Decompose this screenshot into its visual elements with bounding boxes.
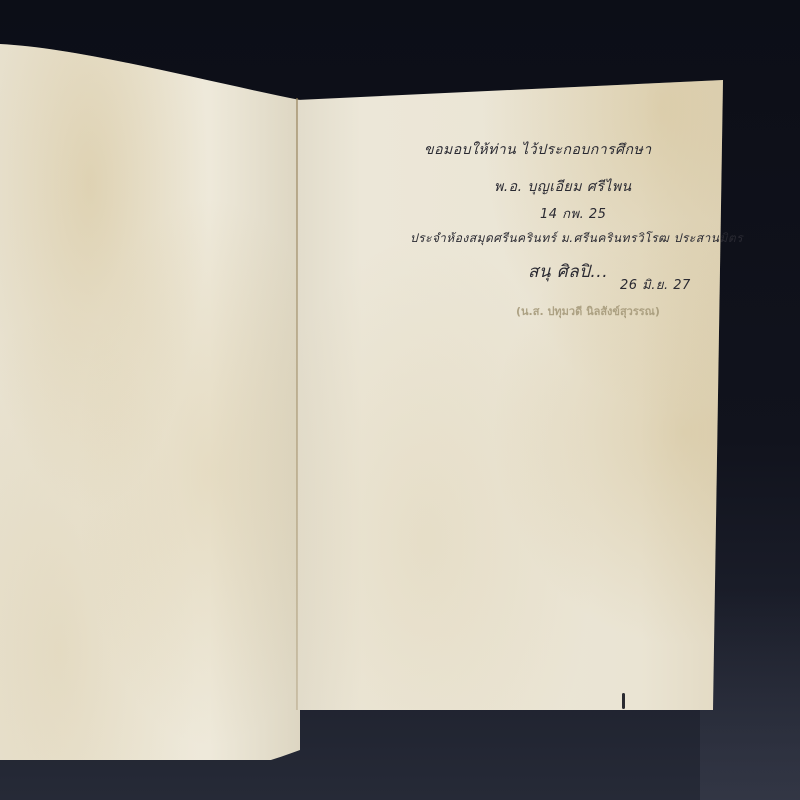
signature-date: 26 มิ.ย. 27 xyxy=(620,274,691,295)
name-stamp: (น.ส. ปทุมวดี นิลสังข์สุวรรณ) xyxy=(516,302,660,320)
inscription-line-1: ขอมอบให้ท่าน ไว้ประกอบการศึกษา xyxy=(424,139,652,161)
left-page xyxy=(0,40,300,760)
book-gutter xyxy=(296,98,298,710)
signature: สนุ ศิลปิ... xyxy=(528,258,608,285)
ink-mark xyxy=(622,693,625,709)
inscription-date: 14 กพ. 25 xyxy=(540,203,606,224)
table-sheen xyxy=(700,590,800,800)
inscription-line-2: พ.อ. บุญเอียม ศรีไพน xyxy=(494,176,632,198)
right-page xyxy=(297,0,727,720)
inscription-line-4: ประจำห้องสมุดศรีนครินทร์ ม.ศรีนครินทรวิโ… xyxy=(410,229,743,248)
